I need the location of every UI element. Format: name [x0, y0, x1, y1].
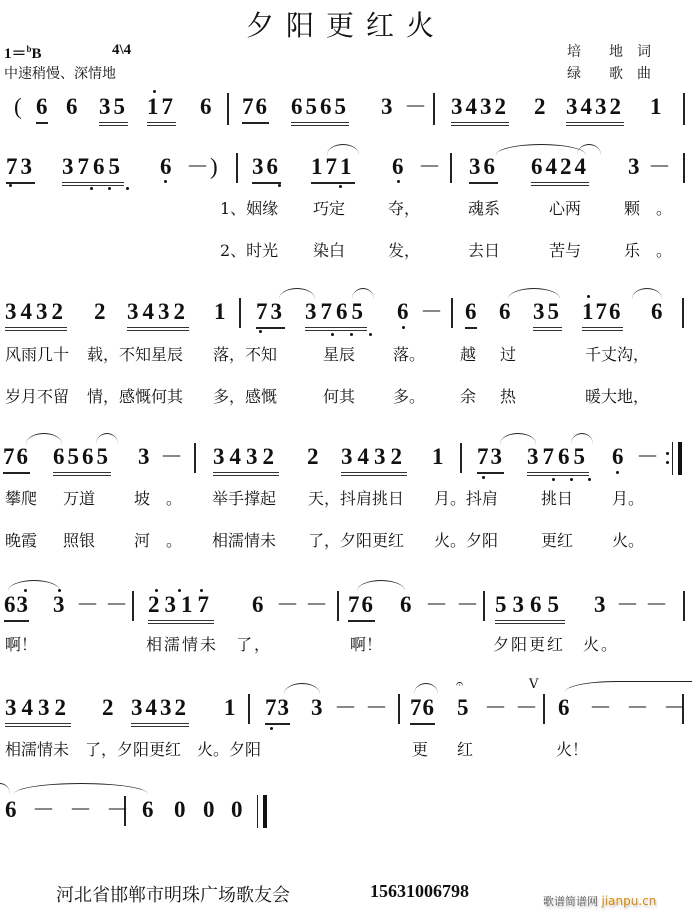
lyrics-line-3-verse-1: 风雨几十 载，不知星辰 落，不知 星辰 落。 越 过 千丈沟，: [0, 342, 692, 366]
note-group: 6565: [53, 443, 111, 476]
barline: [433, 93, 435, 125]
note: 2: [534, 93, 546, 121]
note: 3: [594, 591, 606, 619]
lyric: 岁月不留: [5, 384, 69, 407]
note: 3: [53, 591, 65, 619]
score-line-1: ( 6 6 35 1177 6 76 6565 3 － 3432 2 3432 …: [0, 93, 692, 133]
note: 6: [160, 153, 172, 181]
lyric: 巧定: [313, 196, 345, 219]
lyric: 染白: [313, 238, 345, 261]
score-line-3: 3432 2 3432 1 73 3765 6 － 6 6 35 176 6: [0, 298, 692, 338]
high-octave-dot: [178, 589, 181, 592]
song-title: 夕阳更红火: [0, 4, 692, 44]
note-group: 3432: [131, 694, 189, 727]
score-line-7: 6 －－－ 6 0 0 0: [0, 796, 692, 836]
note-group: 73: [256, 298, 285, 329]
note-group: 3432: [5, 298, 67, 331]
rest: 0: [231, 796, 243, 824]
watermark: 歌谱简谱网 jianpu.cn: [543, 893, 656, 909]
tempo-marking: 中速稍慢、深情地: [4, 63, 116, 83]
lyric: 多。: [393, 384, 425, 407]
note: 3: [311, 694, 323, 722]
low-octave-dot: [552, 478, 555, 481]
note: 2: [307, 443, 319, 471]
repeat-dot: [666, 461, 669, 464]
breath-mark-icon: V: [529, 677, 538, 692]
rest: 0: [203, 796, 215, 824]
note: 6: [5, 796, 17, 824]
organization-name: 河北省邯郸市明珠广场歌友会: [56, 881, 290, 907]
lyric: 了，夕阳更红: [308, 528, 404, 551]
high-octave-dot: [155, 589, 158, 592]
note-group: 3765: [527, 443, 589, 476]
note-group: 5365: [495, 591, 565, 624]
low-octave-dot: [164, 180, 167, 183]
lyric: 相濡情未: [212, 528, 276, 551]
note: 6: [651, 298, 663, 326]
lyric: 火。夕阳: [434, 528, 498, 551]
note: 1: [650, 93, 662, 121]
note-group: 73: [477, 443, 504, 474]
note: 6: [66, 93, 78, 121]
lyric: 攀爬: [5, 486, 37, 509]
lyric: 夺，: [388, 196, 420, 219]
lyrics-line-4-verse-2: 晚霞 照银 河 。 相濡情未 了，夕阳更红 火。夕阳 更红 火。: [0, 528, 692, 552]
lyrics-line-2-verse-2: 2、时光 染白 发， 去日 苦与 乐 。: [0, 238, 692, 262]
dash: －: [404, 93, 427, 121]
barline: [683, 591, 685, 621]
lyric: 照银: [63, 528, 95, 551]
dash: －－－: [589, 694, 692, 722]
low-octave-dot: [331, 333, 334, 336]
lyrics-line-2-verse-1: 1、姻缘 巧定 夺， 魂系 心两 颗 。: [0, 196, 692, 220]
final-barline: [257, 795, 267, 828]
barline: [683, 93, 685, 125]
barline: [460, 443, 462, 473]
lyric: 相濡情未 了，夕阳更红 火。夕阳: [5, 737, 261, 760]
barline: [483, 591, 485, 621]
time-signature: 4\4: [112, 42, 131, 59]
high-octave-dot: [153, 90, 156, 93]
lyric: 落，不知: [213, 342, 277, 365]
lyric: 多，感慨: [213, 384, 277, 407]
note-group: 35: [533, 298, 562, 331]
barline: [248, 694, 250, 724]
lyric: 去日: [468, 238, 500, 261]
note: 1: [214, 298, 226, 326]
lyric: 心两: [549, 196, 581, 219]
note: 6: [465, 298, 477, 329]
slur: [8, 580, 60, 591]
slur: [414, 683, 438, 694]
lyric: 坡 。: [134, 486, 182, 509]
note-group-high: 176: [582, 298, 623, 331]
lyric: 相濡情未 了，: [146, 632, 272, 655]
dash: －: [648, 153, 671, 181]
note-group: 76: [348, 591, 375, 622]
dash: －－: [76, 591, 134, 619]
note: 6: [558, 694, 570, 722]
barline: [398, 694, 400, 724]
note: 1: [432, 443, 444, 471]
note-group: 35: [99, 93, 128, 126]
lyric: 更红: [541, 528, 573, 551]
note: 1: [224, 694, 236, 722]
dash: －: [186, 153, 209, 181]
barline: [543, 694, 545, 724]
low-octave-dot: [259, 330, 262, 333]
paren-open: (: [14, 93, 22, 121]
lyric: 风雨几十: [5, 342, 69, 365]
high-octave-dot: [587, 295, 590, 298]
lyric: 乐 。: [624, 238, 672, 261]
lyrics-line-3-verse-2: 岁月不留 情，感慨何其 多，感慨 何其 多。 余 热 暖大地，: [0, 384, 692, 408]
lyric: 啊！: [350, 632, 382, 655]
lyric: 热: [500, 384, 516, 407]
lyric: 情，感慨何其: [87, 384, 183, 407]
high-octave-dot: [24, 589, 27, 592]
key-signature: 1＝bB: [4, 42, 42, 63]
note: 2: [94, 298, 106, 326]
note-group: 3765: [305, 298, 367, 331]
slur: [357, 580, 405, 591]
high-octave-dot: [200, 589, 203, 592]
barline: [132, 591, 134, 621]
note: 3: [628, 153, 640, 181]
high-octave-dot: [58, 589, 61, 592]
watermark-url: jianpu.cn: [602, 894, 657, 908]
barline: [227, 93, 229, 125]
note: 6: [142, 796, 154, 824]
note-group: 3432: [213, 443, 279, 476]
lyric: 举手撑起: [212, 486, 276, 509]
note: 2: [102, 694, 114, 722]
dash: －－: [276, 591, 334, 619]
barline: [451, 298, 453, 328]
barline: [239, 298, 241, 328]
note: 6: [392, 153, 404, 181]
low-octave-dot: [108, 187, 111, 190]
lyric: 千丈沟，: [585, 342, 649, 365]
note-group: 3432: [566, 93, 624, 126]
composer-credit: 绿 歌 曲: [567, 63, 651, 83]
low-octave-dot: [402, 326, 405, 329]
low-octave-dot: [588, 478, 591, 481]
lyric: 更: [412, 737, 428, 760]
note-group: 36: [252, 153, 281, 184]
score-line-4: 76 6565 3 － 3432 2 3432 1 73 3765 6 －: [0, 443, 692, 483]
note: 6: [612, 443, 624, 471]
lyric: 何其: [323, 384, 355, 407]
note-group: 3432: [341, 443, 407, 476]
low-octave-dot: [126, 187, 129, 190]
note: 3: [138, 443, 150, 471]
low-octave-dot: [90, 187, 93, 190]
barline: [337, 591, 339, 621]
note: 6: [200, 93, 212, 121]
low-octave-dot: [482, 476, 485, 479]
tie-end: [0, 783, 10, 794]
note-group: 3432: [5, 694, 71, 727]
dash: －: [418, 153, 441, 181]
note: 5: [457, 694, 469, 722]
lyric: 载，不知星辰: [87, 342, 183, 365]
fermata-icon: 𝄐: [456, 677, 463, 692]
score-line-5: 63 3 －－ 2317 6 －－ 76 6 －－ 5365 3 －－: [0, 591, 692, 631]
lyric: 余: [460, 384, 476, 407]
rest: 0: [174, 796, 186, 824]
lyric: 暖大地，: [585, 384, 649, 407]
lyric: 月。抖肩: [434, 486, 498, 509]
note-group: 171: [311, 153, 355, 184]
barline: [683, 153, 685, 183]
lyrics-line-4-verse-1: 攀爬 万道 坡 。 举手撑起 天，抖肩挑日 月。抖肩 挑日 月。: [0, 486, 692, 510]
lyric: 河 。: [134, 528, 182, 551]
barline: [682, 298, 684, 328]
lyric: 火！: [556, 737, 588, 760]
note-group: 3432: [451, 93, 509, 126]
lyric: 月。: [612, 486, 644, 509]
lyric: 天，抖肩挑日: [308, 486, 404, 509]
barline: [236, 153, 238, 183]
lyric: 过: [500, 342, 516, 365]
low-octave-dot: [350, 333, 353, 336]
note-group: 76: [242, 93, 269, 124]
lyric: 魂系: [468, 196, 500, 219]
note-group: 36: [469, 153, 498, 184]
barline: [124, 796, 126, 826]
low-octave-dot: [570, 478, 573, 481]
lyric: 夕阳更红 火。: [493, 632, 619, 655]
lyric: 1、姻缘: [220, 196, 278, 219]
lyric: 发，: [388, 238, 420, 261]
low-octave-dot: [397, 180, 400, 183]
dash: －－: [425, 591, 487, 619]
repeat-dot: [666, 452, 669, 455]
low-octave-dot: [270, 727, 273, 730]
dash: －－: [484, 694, 546, 722]
note-group: 3432: [127, 298, 189, 331]
note-group: 76: [410, 694, 435, 725]
note-group: 76: [3, 443, 30, 474]
note-group: 2317: [148, 591, 214, 624]
lyric: 红: [457, 737, 473, 760]
watermark-text: 歌谱简谱网: [543, 895, 598, 908]
repeat-end-barline: [672, 442, 682, 475]
paren-close: ): [210, 153, 218, 181]
key-label: 1＝: [4, 46, 27, 62]
note-group: 73: [265, 694, 290, 725]
note-group: 6565: [291, 93, 349, 126]
note: 6: [397, 298, 409, 326]
lyric: 星辰: [323, 342, 355, 365]
lyric: 晚霞: [5, 528, 37, 551]
lyric: 啊！: [5, 632, 37, 655]
lyric: 火。: [612, 528, 644, 551]
low-octave-dot: [616, 471, 619, 474]
slur: [284, 683, 320, 694]
lyrics-line-6: 相濡情未 了，夕阳更红 火。夕阳 更 红 火！: [0, 737, 692, 761]
note-group: 3765: [62, 153, 124, 186]
barline: [450, 153, 452, 183]
dash: －: [420, 298, 443, 326]
low-octave-dot: [369, 333, 372, 336]
tie: [565, 681, 692, 692]
lyric: 挑日: [541, 486, 573, 509]
note: 6: [499, 298, 511, 326]
lyric: 苦与: [549, 238, 581, 261]
barline: [194, 443, 196, 473]
low-octave-dot: [9, 184, 12, 187]
lyric: 颗 。: [624, 196, 672, 219]
dash: －: [636, 443, 659, 471]
low-octave-dot: [278, 184, 281, 187]
lyric: 越: [460, 342, 476, 365]
low-octave-dot: [339, 185, 342, 188]
tie: [14, 783, 148, 794]
note-group: 73: [6, 153, 35, 184]
barline: [682, 694, 684, 724]
lyric: 万道: [63, 486, 95, 509]
note: 6: [252, 591, 264, 619]
note-group: 6: [36, 93, 48, 124]
dash: －－: [334, 694, 396, 722]
note: 3: [381, 93, 393, 121]
note-group-high: 1177: [147, 93, 176, 126]
dash: －－－: [32, 796, 143, 824]
dash: －－: [616, 591, 674, 619]
lyricist-credit: 培 地 词: [567, 41, 651, 61]
lyric: 2、时光: [220, 238, 278, 261]
lyrics-line-5: 啊！ 相濡情未 了， 啊！ 夕阳更红 火。: [0, 632, 692, 656]
note: 6: [400, 591, 412, 619]
key-note: B: [32, 46, 42, 62]
score-line-2: 73 3765 6 － ) 36 171 6 － 36 6424 3 －: [0, 153, 692, 193]
note-group: 63: [4, 591, 29, 622]
lyric: 落。: [393, 342, 425, 365]
score-line-6: 3432 2 3432 1 73 3 －－ 76 𝄐 5 －－ V 6 －－－: [0, 694, 692, 734]
contact-phone: 15631006798: [370, 881, 469, 902]
note-group: 6424: [531, 153, 589, 186]
dash: －: [160, 443, 183, 471]
